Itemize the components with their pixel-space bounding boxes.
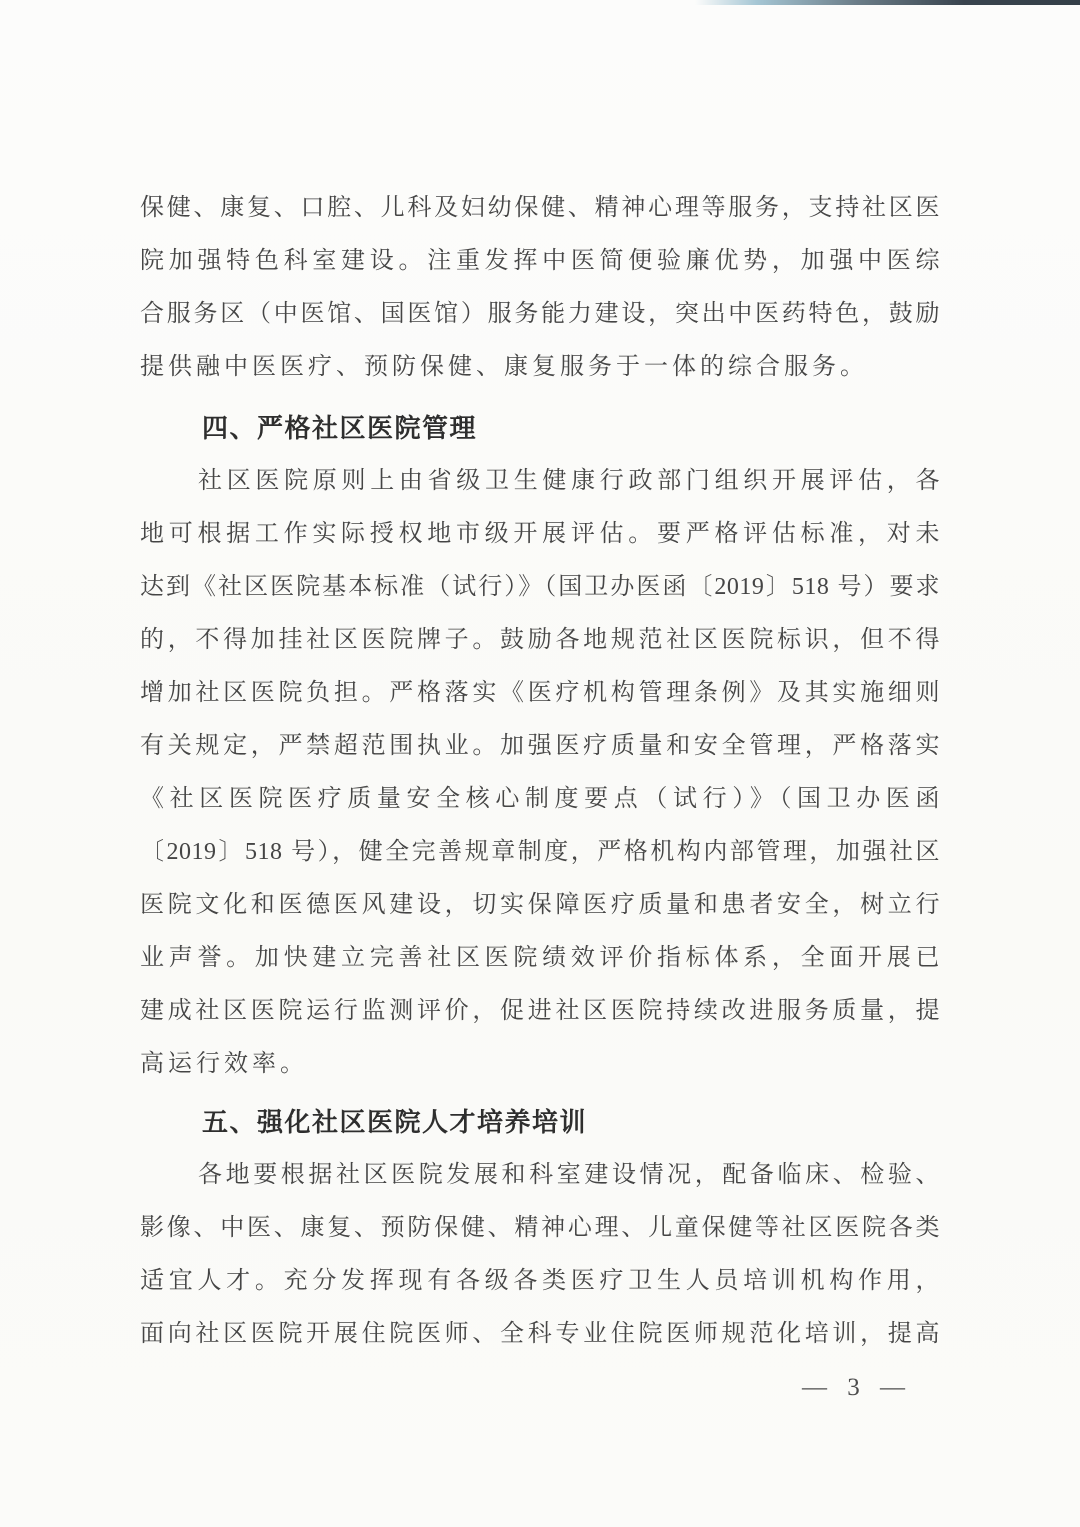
text-line: 有关规定，严禁超范围执业。加强医疗质量和安全管理，严格落实	[140, 720, 940, 773]
text-line: 适宜人才。充分发挥现有各级各类医疗卫生人员培训机构作用，	[140, 1255, 940, 1308]
text-line: 面向社区医院开展住院医师、全科专业住院医师规范化培训，提高	[140, 1308, 940, 1361]
text-line: 高运行效率。	[140, 1038, 940, 1091]
section-heading-5: 五、强化社区医院人才培养培训	[140, 1096, 940, 1149]
text-line: 医院文化和医德医风建设，切实保障医疗质量和患者安全，树立行	[140, 879, 940, 932]
text-line: 〔2019〕518 号），健全完善规章制度，严格机构内部管理，加强社区	[140, 826, 940, 879]
text-line: 《社区医院医疗质量安全核心制度要点（试行）》（国卫办医函	[140, 773, 940, 826]
text-line: 合服务区（中医馆、国医馆）服务能力建设，突出中医药特色，鼓励	[140, 288, 940, 341]
text-line: 地可根据工作实际授权地市级开展评估。要严格评估标准，对未	[140, 508, 940, 561]
text-line: 的，不得加挂社区医院牌子。鼓励各地规范社区医院标识，但不得	[140, 614, 940, 667]
section-heading-4: 四、严格社区医院管理	[140, 402, 940, 455]
text-line: 各地要根据社区医院发展和科室建设情况，配备临床、检验、	[140, 1149, 940, 1202]
text-line: 保健、康复、口腔、儿科及妇幼保健、精神心理等服务，支持社区医	[140, 182, 940, 235]
text-line: 增加社区医院负担。严格落实《医疗机构管理条例》及其实施细则	[140, 667, 940, 720]
text-line: 业声誉。加快建立完善社区医院绩效评价指标体系，全面开展已	[140, 932, 940, 985]
text-line: 达到《社区医院基本标准（试行）》（国卫办医函〔2019〕518 号）要求	[140, 561, 940, 614]
text-line: 院加强特色科室建设。注重发挥中医简便验廉优势，加强中医综	[140, 235, 940, 288]
scanner-artifact-top-edge	[695, 0, 1080, 5]
text-line: 社区医院原则上由省级卫生健康行政部门组织开展评估，各	[140, 455, 940, 508]
text-line: 影像、中医、康复、预防保健、精神心理、儿童保健等社区医院各类	[140, 1202, 940, 1255]
document-page: 保健、康复、口腔、儿科及妇幼保健、精神心理等服务，支持社区医 院加强特色科室建设…	[0, 0, 1080, 1527]
text-line: 提供融中医医疗、预防保健、康复服务于一体的综合服务。	[140, 341, 940, 394]
document-text-block: 保健、康复、口腔、儿科及妇幼保健、精神心理等服务，支持社区医 院加强特色科室建设…	[140, 182, 940, 1414]
text-line: 建成社区医院运行监测评价，促进社区医院持续改进服务质量，提	[140, 985, 940, 1038]
page-number: — 3 —	[140, 1361, 940, 1414]
